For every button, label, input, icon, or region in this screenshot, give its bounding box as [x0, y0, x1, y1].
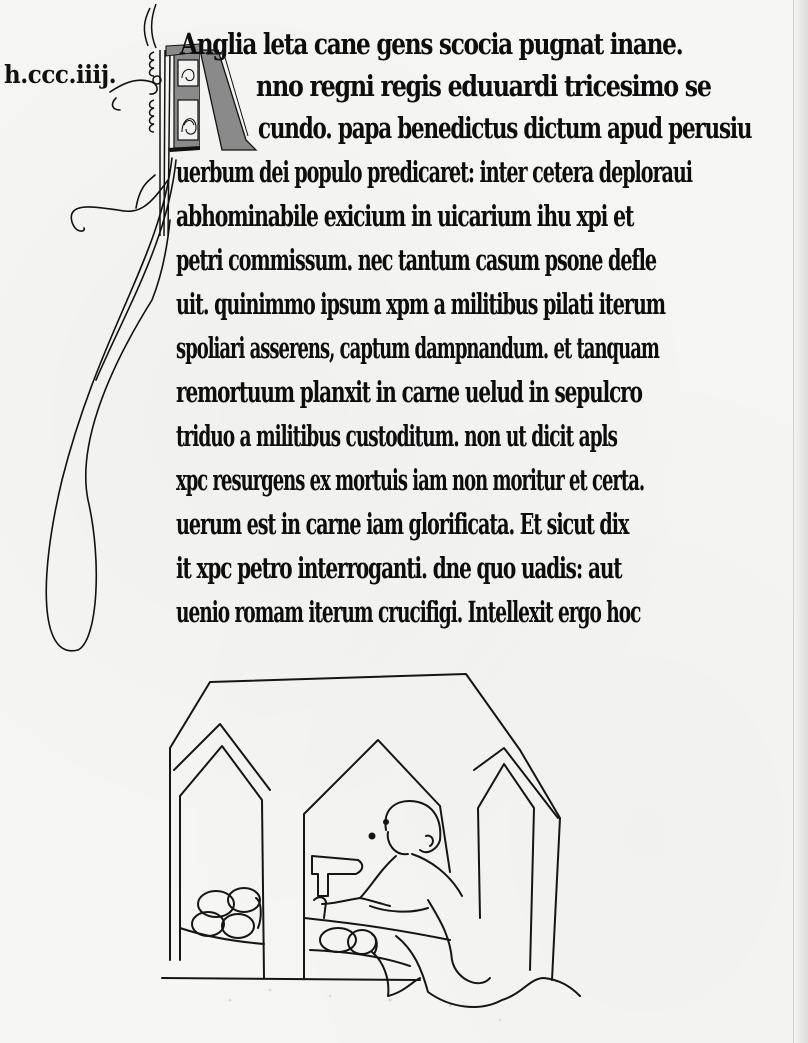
text-line-7: uit. quinimmo ipsum xpm a militibus pila… — [176, 284, 665, 324]
text-line-1: Anglia leta cane gens scocia pugnat inan… — [180, 24, 682, 64]
text-line-2: nno regni regis eduuardi tricesimo se — [256, 66, 711, 106]
text-line-12: uerum est in carne iam glorificata. Et s… — [176, 504, 628, 544]
manuscript-page: h.ccc.iiij. — [0, 0, 808, 1043]
text-line-3: cundo. papa benedictus dictum apud perus… — [258, 108, 751, 148]
text-line-11: xpc resurgens ex mortuis iam non moritur… — [176, 460, 644, 500]
text-line-4: uerbum dei populo predicaret: inter cete… — [176, 152, 692, 192]
illustration-kneeling-figure-shrine-icon — [150, 660, 650, 1040]
text-line-5: abhominabile exicium in uicarium ihu xpi… — [176, 196, 633, 236]
text-line-14: uenio romam iterum crucifigi. Intellexit… — [176, 592, 640, 632]
text-line-6: petri commissum. nec tantum casum psone … — [176, 240, 656, 280]
text-line-10: triduo a militibus custoditum. non ut di… — [176, 416, 617, 456]
page-edge — [793, 0, 808, 1043]
text-line-9: remortuum planxit in carne uelud in sepu… — [176, 372, 642, 412]
text-line-8: spoliari asserens, captum dampnandum. et… — [176, 328, 659, 368]
text-line-13: it xpc petro interroganti. dne quo uadis… — [176, 548, 621, 588]
